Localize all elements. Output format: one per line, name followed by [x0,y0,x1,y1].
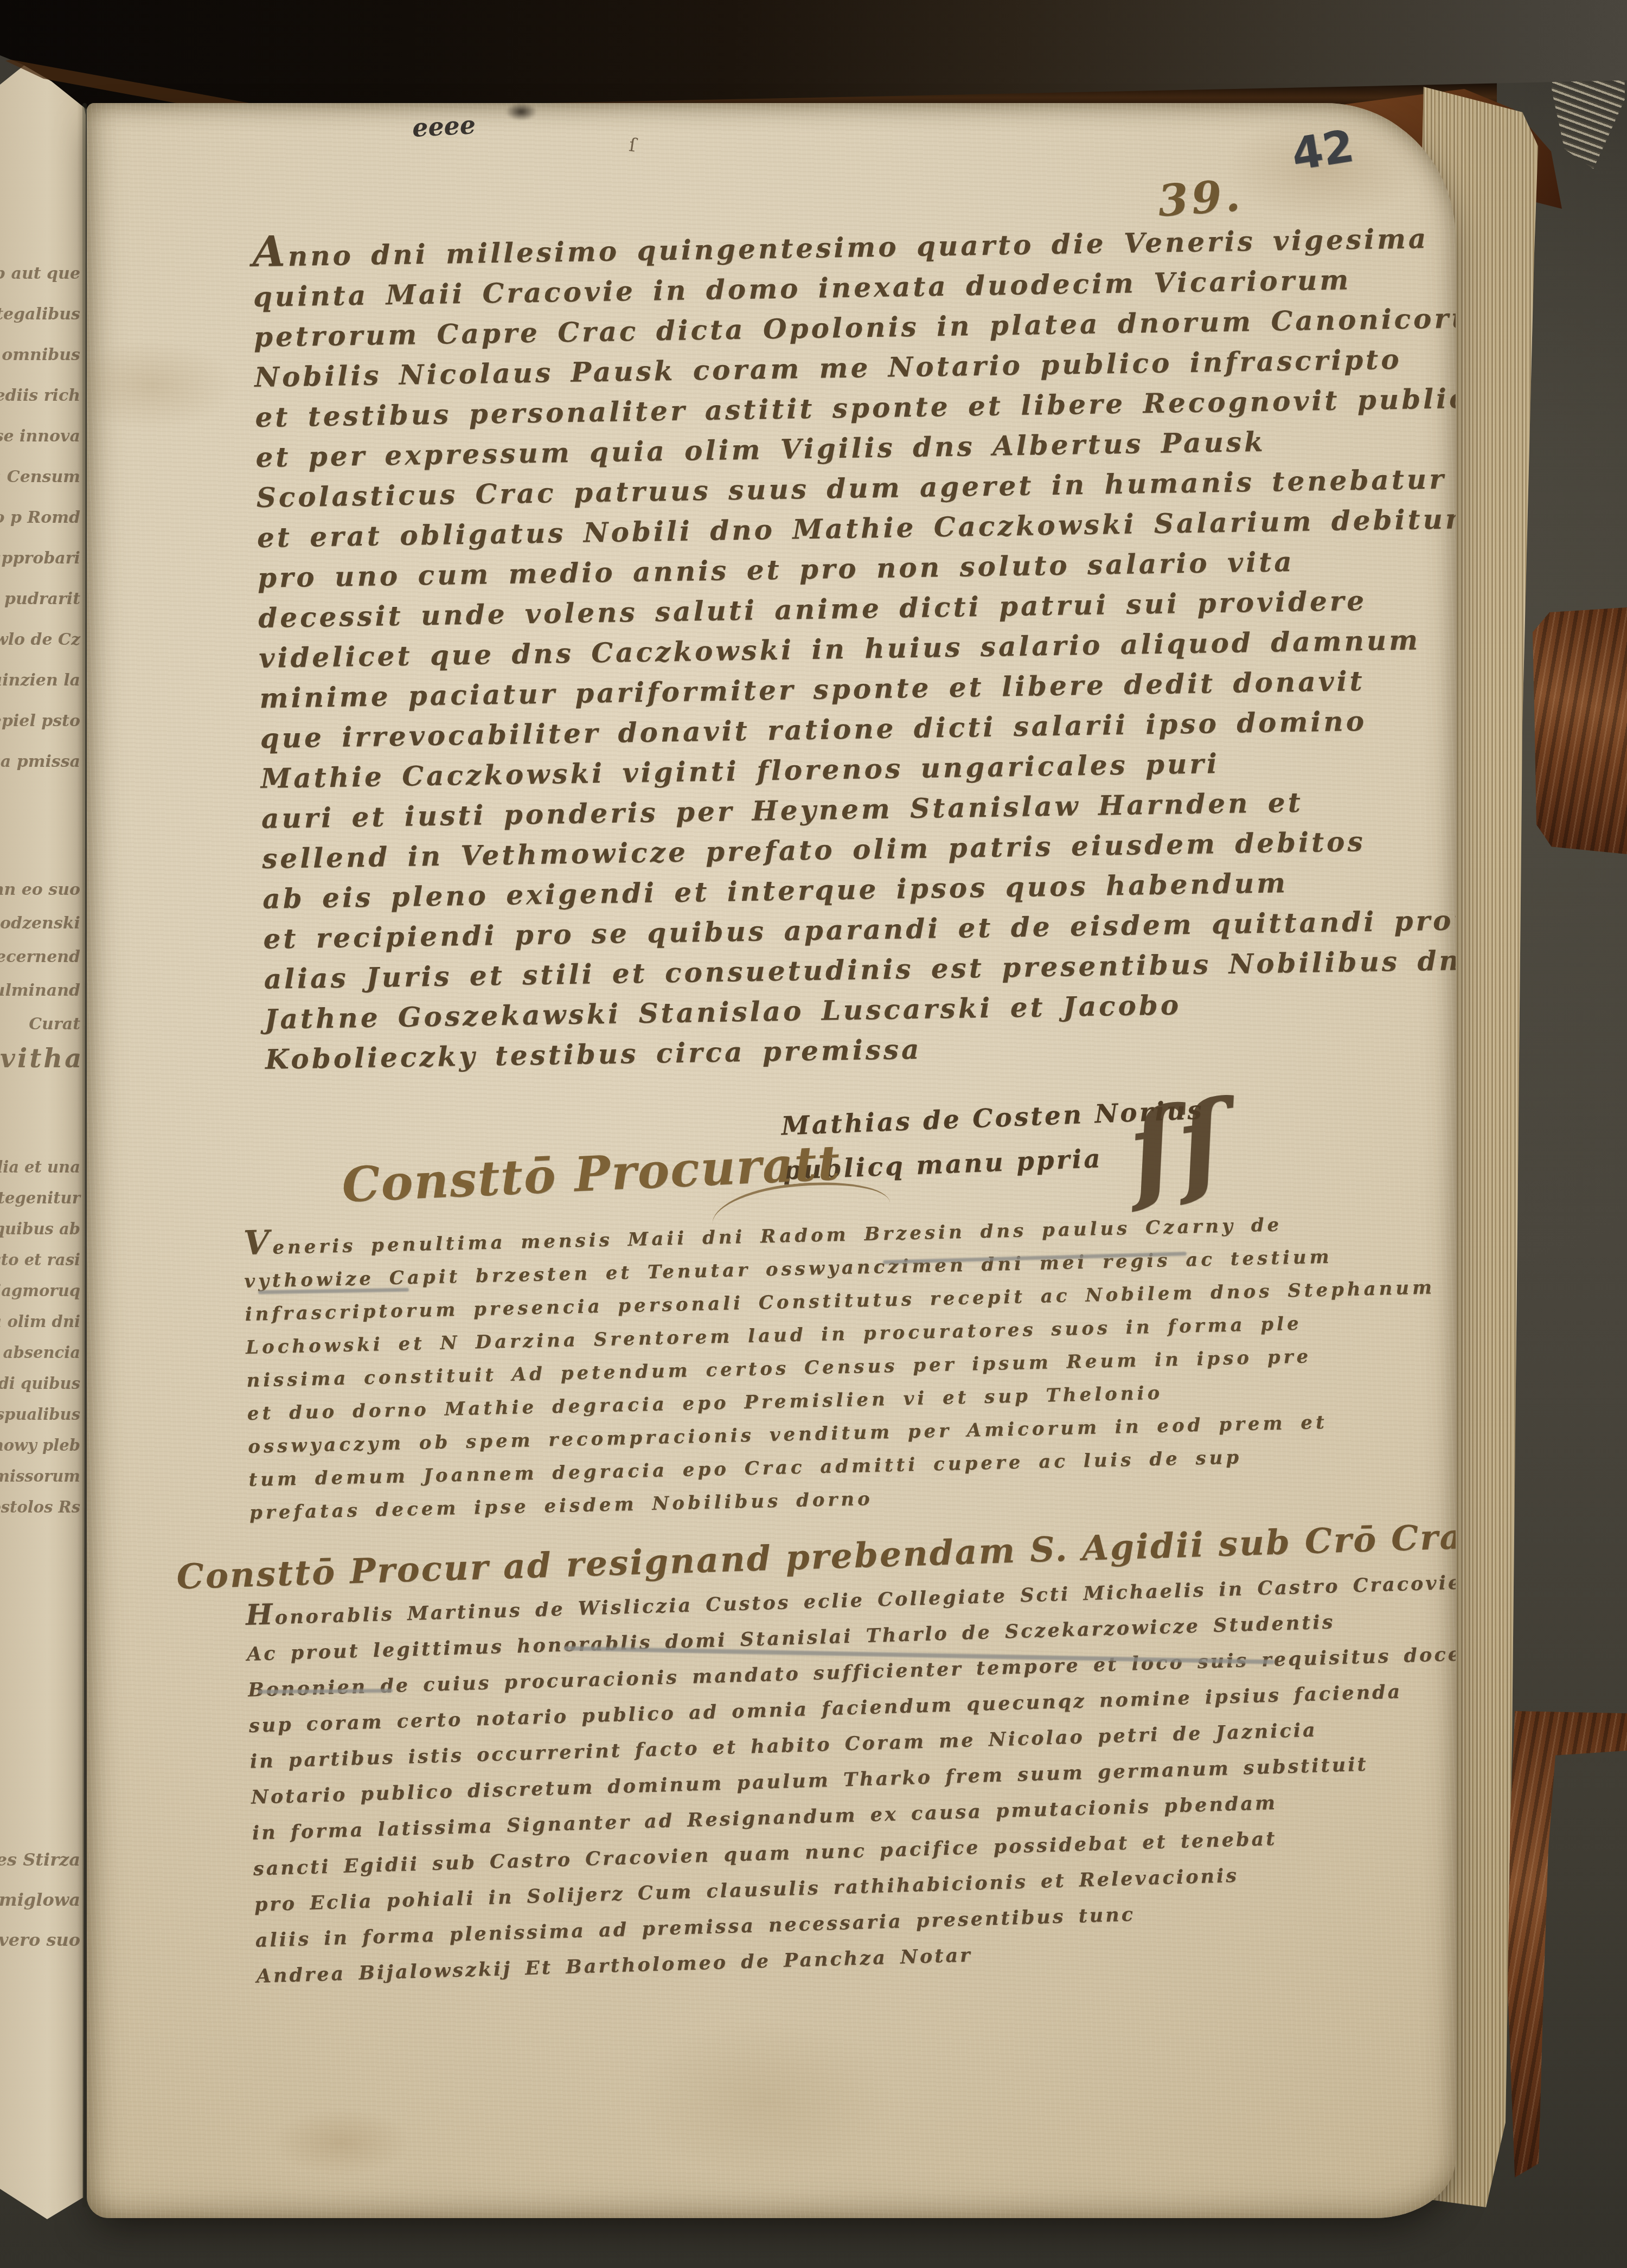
marginal-text-fragment: facto p Romd [0,497,82,538]
marginal-text-fragment: te me nowy pleb [0,1430,82,1461]
marginal-text-fragment: sexualia et una [0,1152,82,1183]
marginal-note-vitha: vitha [0,1043,81,1074]
quire-mark: eeee [412,110,477,143]
marginal-text-fragment: me in absencia [0,1337,82,1368]
marginal-text-fragment: o expresso omnibus [0,335,82,375]
marginal-text-fragment: Censum quibus ab [0,1214,82,1245]
leather-cover-bottom [1508,1711,1627,2177]
marginal-text-fragment: dns Jawlo de Cz [0,619,82,660]
marginal-text-fragment: cunq approbari [0,538,82,579]
entry-2-text-block: Veneris penultima mensis Maii dni Radom … [243,1202,1350,1530]
marginal-text-fragment: sua Censum [0,457,82,497]
marginalia-group: sexualia et unavigoroz et tegeniturCensu… [0,1152,82,1523]
marginal-text-fragment: et Joann eo suo [0,873,82,907]
marginal-text-fragment: eidem dandi decernend [0,940,82,974]
marginal-text-fragment: cis p nob aut que [0,253,82,294]
marginal-text-fragment: quo ad apostolos Rs [0,1492,82,1523]
marginal-text-fragment: psata olim dni [0,1306,82,1337]
marginal-text-fragment: tanq vero suo [0,1920,82,1960]
marginalia-group: cis p nob aut questis festi tegalibuso e… [0,253,82,782]
marginal-text-fragment: stis Gracouinzien la [0,660,82,701]
marginal-text-fragment: quem decret fulminand [0,974,82,1008]
marginal-text-fragment: Notarium in spualibus [0,1399,82,1430]
marginalia-group: et Joann eo suoNicolaus Camodzenskieidem… [0,873,82,1041]
marginalia-group: Johannes StirzaNyemiglowatanq vero suo [0,1840,82,1960]
marginal-text-fragment: in ea re pudrarit [0,579,82,619]
marginal-text-fragment: ipsum psto et rasi [0,1245,82,1276]
entry-3-text-block: Honorablis Martinus de Wisliczia Custos … [245,1565,1363,1994]
folio-number-pencil: 42 [1288,120,1357,181]
marginal-text-fragment: m Czepiel psto [0,701,82,741]
entry-1-text-block: Anno dni millesimo quingentesimo quarto … [252,216,1312,1080]
marginal-text-fragment: innilis ziagmoruq [0,1276,82,1306]
marginal-text-fragment: stis festi tegalibus [0,294,82,335]
manuscript-page: eeee ſ 39. 42 Anno dni millesimo quingen… [87,103,1456,2218]
marginal-text-fragment: vigoroz et tegenitur [0,1183,82,1214]
marginal-text-fragment: Nyemiglowa [0,1880,82,1920]
marginal-text-fragment: assignandi quibus [0,1368,82,1399]
ink-smudge [500,103,542,124]
marginal-text-fragment: scriba ipsius ca pmissa [0,741,82,782]
marginal-text-fragment: Johannes Stirza [0,1840,82,1880]
leather-clasp-strap [1533,607,1627,854]
marginal-text-fragment: Curat [0,1008,82,1041]
marginal-text-fragment: premissa se innova [0,416,82,457]
marginal-text-fragment: mis remediis rich [0,375,82,416]
manuscript-photograph: cis p nob aut questis festi tegalibuso e… [0,0,1627,2268]
facing-page-edge: cis p nob aut questis festi tegalibuso e… [0,50,86,2219]
page-gutter-shadow [82,103,87,2207]
marginal-text-fragment: Nicolaus Camodzenski [0,907,82,940]
notary-signature-block: Mathias de Costen Norius publicq manu pp… [780,1087,1250,1194]
notarial-sign-flourish: ſſ [1122,1086,1234,1208]
marginal-text-fragment: alia premissorum [0,1461,82,1492]
